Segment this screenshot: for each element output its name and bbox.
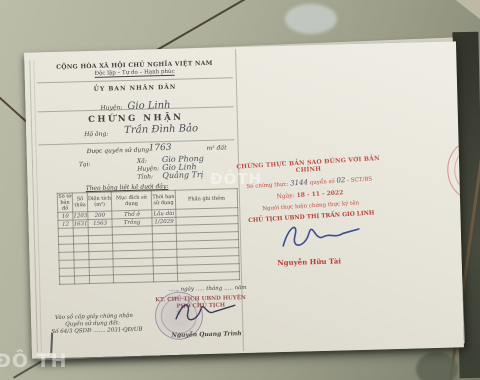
col-header: Số tờ bản đồ [57, 193, 72, 212]
holder-name: Trần Đình Bảo [96, 122, 226, 136]
notary-date-label: Ngày: [276, 192, 294, 200]
certificate-left-page: CỘNG HÒA XÃ HỘI CHỦ NGHĨA VIỆT NAM Độc l… [34, 47, 242, 358]
certificate-document: CỘNG HÒA XÃ HỘI CHỦ NGHĨA VIỆT NAM Độc l… [24, 41, 464, 358]
signature-left [171, 295, 242, 327]
notary-book-value: 02 [336, 176, 345, 185]
rule-line [38, 139, 234, 145]
district2-label: Huyện: [137, 165, 159, 173]
col-header: Số thửa [72, 193, 87, 212]
grant-area-value: 1763 [148, 143, 171, 154]
photo-of-certificate: CỘNG HÒA XÃ HỘI CHỦ NGHĨA VIỆT NAM Độc l… [0, 0, 480, 380]
notary-book-label: quyển số [310, 179, 335, 187]
notary-book-suffix: - SCT/BS [347, 176, 372, 184]
at-label: Tại: [79, 161, 91, 168]
notary-no-value: 3144 [290, 178, 308, 187]
notary-date-value: 18 - 11 - 2022 [296, 189, 343, 199]
tile-highlight [285, 4, 337, 34]
province-value: Quảng Trị [162, 170, 203, 180]
signer-right-name: Nguyễn Hữu Tài [257, 256, 362, 268]
tile-edge-band [438, 0, 480, 36]
col-header: Thời hạn sử dụng [151, 190, 175, 210]
col-header: Diện tích (m²) [87, 192, 111, 212]
floor-object-shadow [416, 352, 458, 380]
signature-right [279, 218, 365, 254]
certificate-right-page: CHỨNG THỰC BẢN SAO ĐÚNG VỚI BẢN CHÍNH Số… [236, 41, 464, 353]
commune-label: Xã: [137, 158, 147, 165]
col-header: Mục đích sử dụng [111, 191, 151, 211]
watermark-corner: ĐÔ TH [0, 350, 68, 372]
grant-unit: m² đất [207, 144, 227, 152]
province-label: Tỉnh: [137, 173, 153, 180]
national-motto: Độc lập – Tự do – Hạnh phúc [95, 69, 175, 78]
watermark-center: ĐÔTH [210, 170, 262, 188]
grant-label: Được quyền sử dụng [87, 146, 150, 155]
district-value: Gio Linh [127, 100, 170, 112]
col-header: Phần ghi thêm [175, 189, 237, 210]
plot-table: Số tờ bản đồ Số thửa Diện tích (m²) Mục … [57, 188, 240, 285]
